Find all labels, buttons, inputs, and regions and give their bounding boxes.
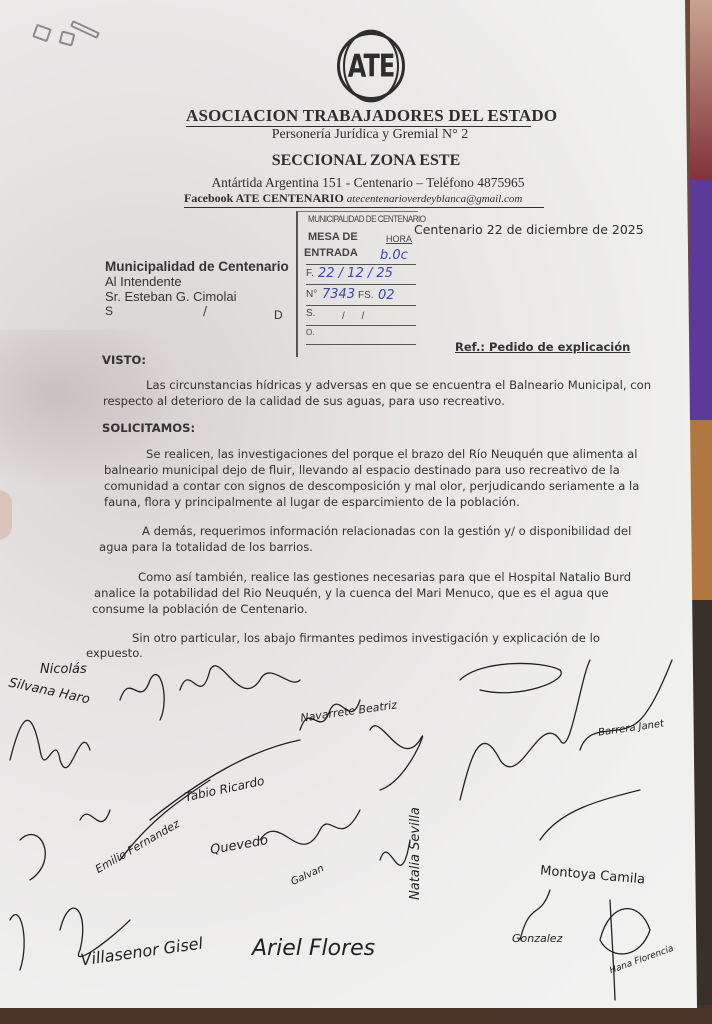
visto-heading: VISTO: bbox=[102, 352, 146, 368]
thumb bbox=[0, 490, 12, 540]
stamp-divider bbox=[306, 284, 416, 285]
visto-line: Las circunstancias hídricas y adversas e… bbox=[146, 377, 651, 393]
reference-line: Ref.: Pedido de explicación bbox=[455, 340, 630, 354]
staple-icon bbox=[32, 24, 52, 43]
recipient-title: Al Intendente bbox=[105, 274, 182, 289]
stamp-divider bbox=[306, 344, 416, 345]
stamp-s-label: S. bbox=[306, 308, 315, 319]
stamp-o-label: O. bbox=[306, 328, 314, 337]
stamp-hora-value: b.0c bbox=[380, 248, 408, 263]
recipient-name: Sr. Esteban G. Cimolai bbox=[105, 289, 237, 304]
stamp-hora-label: HORA bbox=[386, 234, 412, 244]
recipient-s: S bbox=[105, 304, 113, 318]
stamp-fs-value: 02 bbox=[378, 288, 395, 303]
stamp-mesa: MESA DE bbox=[308, 231, 358, 243]
address: Antártida Argentina 151 - Centenario – T… bbox=[12, 175, 712, 191]
stamp-numero-label: N° bbox=[306, 289, 317, 300]
solicitamos-heading: SOLICITAMOS: bbox=[102, 420, 195, 436]
recipient-entity: Municipalidad de Centenario bbox=[105, 259, 289, 274]
logo-text: ATE bbox=[343, 30, 399, 103]
paragraph-line: Se realicen, las investigaciones del por… bbox=[146, 446, 637, 462]
paragraph-line: A demás, requerimos información relacion… bbox=[142, 523, 631, 539]
stamp-fecha-value: 22 / 12 / 25 bbox=[318, 266, 393, 281]
stamp-numero-value: 7343 bbox=[322, 287, 355, 302]
paragraph-line: analice la potabilidad del Rio Neuquén, … bbox=[94, 585, 609, 601]
stamp-fs-label: FS. bbox=[358, 290, 374, 301]
signature-name: Nicolás bbox=[40, 662, 87, 677]
signature-name: Ariel Flores bbox=[252, 936, 375, 961]
ate-logo: ATE bbox=[337, 32, 405, 100]
stamp-s-value: / / bbox=[342, 311, 364, 322]
background bbox=[690, 0, 712, 200]
paragraph-line: agua para la totalidad de los barrios. bbox=[99, 539, 313, 555]
paragraph-line: balneario municipal dejo de fluir, lleva… bbox=[104, 462, 620, 478]
contact-line: Facebook ATE CENTENARIO atecentenariover… bbox=[184, 191, 544, 208]
staple-icon bbox=[59, 30, 76, 46]
paragraph-line: fauna, flora y principalmente al lugar d… bbox=[104, 494, 520, 510]
document-page: ATE ASOCIACION TRABAJADORES DEL ESTADO P… bbox=[0, 0, 700, 1008]
signature-name: Natalia Sevilla bbox=[408, 807, 423, 900]
recipient-d: D bbox=[274, 308, 283, 322]
section-name: SECCIONAL ZONA ESTE bbox=[10, 152, 712, 170]
date-line: Centenario 22 de diciembre de 2025 bbox=[414, 222, 644, 237]
recipient-slash: / bbox=[203, 304, 207, 318]
paragraph-line: Como así también, realice las gestiones … bbox=[138, 569, 631, 585]
background bbox=[690, 180, 712, 430]
visto-line: respecto al deterioro de la calidad de s… bbox=[103, 393, 505, 409]
paragraph-line: comunidad a contar con signos de descomp… bbox=[104, 478, 639, 494]
legal-status: Personería Jurídica y Gremial N° 2 bbox=[14, 127, 712, 143]
signature-name: Gonzalez bbox=[512, 932, 562, 945]
stamp-title: MUNICIPALIDAD DE CENTENARIO bbox=[308, 214, 426, 225]
facebook-label: Facebook ATE CENTENARIO bbox=[184, 191, 344, 205]
paragraph-line: consume la población de Centenario. bbox=[92, 601, 308, 617]
receipt-stamp: MUNICIPALIDAD DE CENTENARIO MESA DE ENTR… bbox=[296, 211, 418, 357]
stamp-divider bbox=[306, 264, 416, 265]
stamp-divider bbox=[306, 325, 416, 326]
organization-name: ASOCIACION TRABAJADORES DEL ESTADO bbox=[186, 106, 531, 127]
email-link[interactable]: atecentenarioverdeyblanca@gmail.com bbox=[347, 193, 523, 205]
background bbox=[690, 420, 712, 620]
stamp-divider bbox=[306, 305, 416, 306]
stamp-entrada: ENTRADA bbox=[304, 247, 358, 259]
stamp-fecha-label: F. bbox=[306, 268, 314, 279]
